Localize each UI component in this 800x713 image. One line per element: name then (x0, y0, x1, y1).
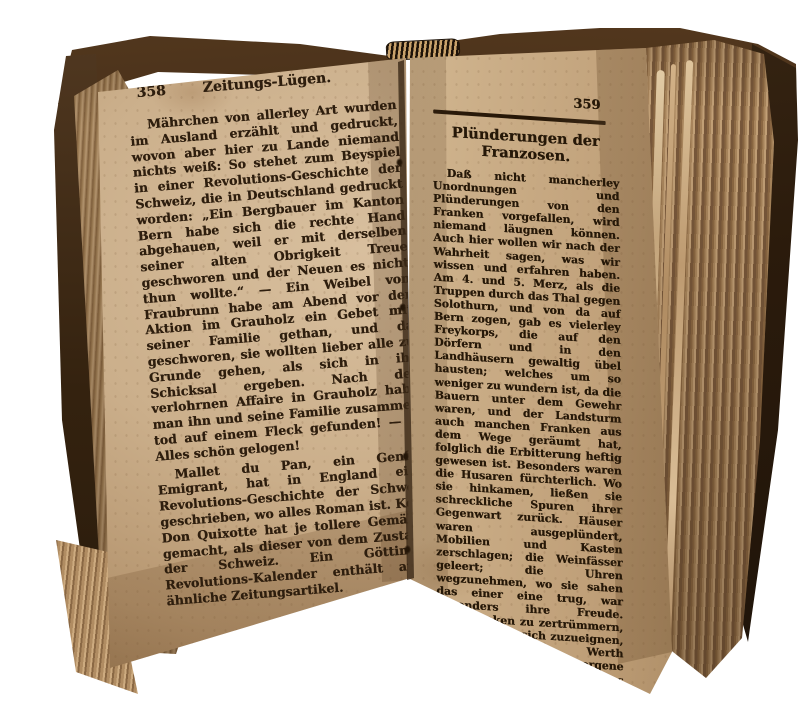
photo-background: 358 Zeitungs-Lügen. Mährchen von allerle… (0, 0, 800, 713)
binding-stitch-icon (404, 545, 411, 554)
left-paragraph-2: Mallet du Pan, ein Genfer Emigrant, hat … (156, 446, 434, 609)
right-paragraph-1: Daß nicht mancherley Unordnungen und Plü… (433, 166, 624, 700)
left-page-number: 358 (136, 83, 166, 101)
chapter-heading: Plünderungen der Franzosen. (432, 123, 619, 168)
binding-stitch-icon (399, 303, 406, 312)
left-page-text: 358 Zeitungs-Lügen. Mährchen von allerle… (126, 65, 435, 612)
binding-stitch-icon (396, 158, 403, 167)
binding-stitch-icon (402, 452, 409, 461)
left-paragraph-1: Mährchen von allerley Art wurden im Ausl… (129, 97, 423, 464)
right-page-text: 359 Plünderungen der Franzosen. Daß nich… (432, 88, 624, 703)
